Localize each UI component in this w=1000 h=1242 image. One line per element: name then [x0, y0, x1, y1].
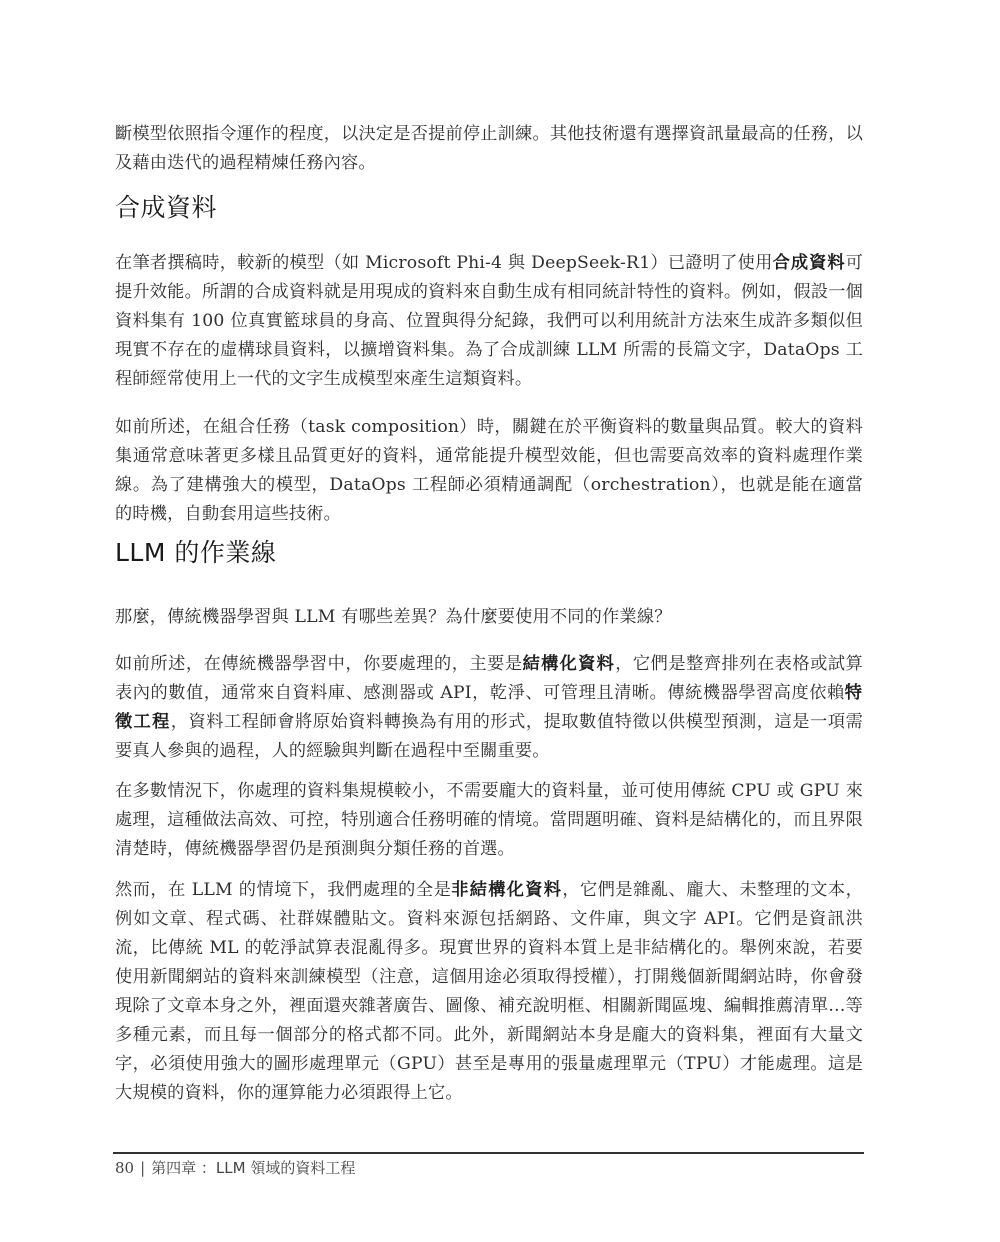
chapter-title: 第四章 ：LLM 領域的資料工程: [151, 1159, 355, 1177]
section-heading-synthetic-data: 合成資料: [115, 193, 217, 223]
llm-pipeline-paragraph-1: 那麼，傳統機器學習與 LLM 有哪些差異？為什麼要使用不同的作業線？: [115, 603, 863, 632]
emphasis-structured-data: 結構化資料: [523, 654, 616, 674]
text: 可提升效能。所謂的合成資料就是用現成的資料來自動生成有相同統計特性的資料。例如，…: [115, 253, 863, 389]
synthetic-data-paragraph-2: 如前所述，在組合任務（task composition）時，關鍵在於平衡資料的數…: [115, 413, 863, 529]
page-number: 80: [115, 1159, 134, 1177]
llm-pipeline-paragraph-4: 然而，在 LLM 的情境下，我們處理的全是非結構化資料，它們是雜亂、龐大、未整理…: [115, 876, 863, 1108]
page-footer: 80|第四章 ：LLM 領域的資料工程: [115, 1157, 355, 1179]
llm-pipeline-paragraph-3: 在多數情況下，你處理的資料集規模較小，不需要龐大的資料量，並可使用傳統 CPU …: [115, 777, 863, 864]
section-heading-llm-pipeline: LLM 的作業線: [115, 538, 276, 568]
llm-pipeline-paragraph-2: 如前所述，在傳統機器學習中，你要處理的，主要是結構化資料，它們是整齊排列在表格或…: [115, 650, 863, 766]
footer-separator: |: [140, 1159, 145, 1177]
text: ，它們是雜亂、龐大、未整理的文本，例如文章、程式碼、社群媒體貼文。資料來源包括網…: [115, 880, 863, 1103]
intro-paragraph: 斷模型依照指令運作的程度，以決定是否提前停止訓練。其他技術還有選擇資訊量最高的任…: [115, 120, 863, 178]
emphasis-synthetic-data: 合成資料: [773, 253, 846, 273]
text: 如前所述，在傳統機器學習中，你要處理的，主要是: [115, 654, 523, 674]
footer-rule: [113, 1152, 864, 1154]
text: 在筆者撰稿時，較新的模型（如 Microsoft Phi-4 與 DeepSee…: [115, 253, 773, 273]
text: 然而，在 LLM 的情境下，我們處理的全是: [115, 880, 451, 900]
text: ，資料工程師會將原始資料轉換為有用的形式，提取數值特徵以供模型預測，這是一項需要…: [115, 712, 863, 761]
synthetic-data-paragraph-1: 在筆者撰稿時，較新的模型（如 Microsoft Phi-4 與 DeepSee…: [115, 249, 863, 394]
emphasis-unstructured-data: 非結構化資料: [451, 880, 562, 900]
